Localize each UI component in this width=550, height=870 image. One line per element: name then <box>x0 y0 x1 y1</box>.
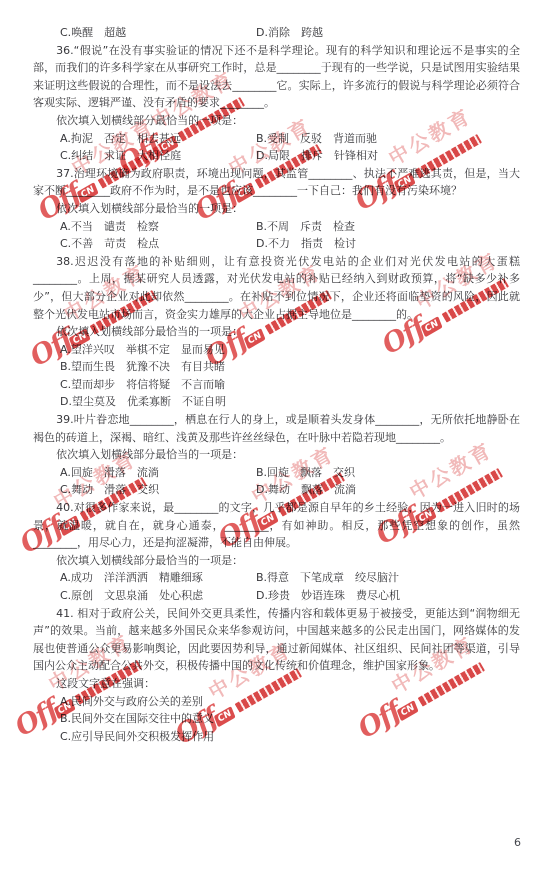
options-row: A.民间外交与政府公关的差别 <box>33 693 520 711</box>
option-d: D.望尘莫及 优柔寡断 不证自明 <box>60 393 226 411</box>
option-c: C.应引导民间外交积极发挥作用 <box>60 728 214 746</box>
options-row-continued: C.唤醒 超越 D.消除 跨越 <box>33 24 520 42</box>
option-b: B.回旋 飘落 交织 <box>256 464 452 482</box>
option-c: C.不善 苛责 检点 <box>60 235 256 253</box>
options-row: C.舞动 滑落 交织 D.舞动 飘落 流淌 <box>33 481 520 499</box>
question-41: 41. 相对于政府公关，民间外交更具柔性，传播内容和载体更易于被接受，更能达到“… <box>33 605 520 746</box>
question-37: 37.治理环境确为政府职责，环境出现问题，其监管________、执法不严难逃其… <box>33 165 520 253</box>
question-prompt: 依次填入划横线部分最恰当的一项是： <box>33 112 520 130</box>
options-row: A.不当 谴责 检察 B.不周 斥责 检查 <box>33 218 520 236</box>
question-36: 36.“假说”在没有事实验证的情况下还不是科学理论。现有的科学知识和理论远不是事… <box>33 42 520 165</box>
exam-page-content: C.唤醒 超越 D.消除 跨越 36.“假说”在没有事实验证的情况下还不是科学理… <box>33 24 520 745</box>
option-a: A.民间外交与政府公关的差别 <box>60 693 203 711</box>
options-row: C.原创 文思泉涌 处心积虑 D.珍贵 妙语连珠 费尽心机 <box>33 587 520 605</box>
option-c: C.唤醒 超越 <box>60 24 256 42</box>
option-c: C.纠结 求证 大相径庭 <box>60 147 256 165</box>
question-39: 39.叶片眷恋地________，栖息在行人的身上，或是顺着头发身体______… <box>33 411 520 499</box>
option-a: A.拘泥 否定 相去甚远 <box>60 130 256 148</box>
question-stem: 39.叶片眷恋地________，栖息在行人的身上，或是顺着头发身体______… <box>33 411 520 446</box>
option-d: D.珍贵 妙语连珠 费尽心机 <box>256 587 452 605</box>
question-40: 40.对很多作家来说，最________的文字，几乎都是源自早年的乡土经验，因为… <box>33 499 520 605</box>
options-row: B.望而生畏 犹豫不决 有目共睹 <box>33 358 520 376</box>
options-row: D.望尘莫及 优柔寡断 不证自明 <box>33 393 520 411</box>
options-row: C.应引导民间外交积极发挥作用 <box>33 728 520 746</box>
question-stem: 38.迟迟没有落地的补贴细则，让有意投资光伏发电站的企业们对光伏发电站的大蛋糕_… <box>33 253 520 323</box>
question-prompt: 依次填入划横线部分最恰当的一项是： <box>33 200 520 218</box>
option-a: A.不当 谴责 检察 <box>60 218 256 236</box>
option-c: C.舞动 滑落 交织 <box>60 481 256 499</box>
option-b: B.望而生畏 犹豫不决 有目共睹 <box>60 358 225 376</box>
options-row: C.不善 苛责 检点 D.不力 指责 检讨 <box>33 235 520 253</box>
option-d: D.舞动 飘落 流淌 <box>256 481 452 499</box>
option-a: A.回旋 滑落 流淌 <box>60 464 256 482</box>
options-row: C.纠结 求证 大相径庭 D.局限 排斥 针锋相对 <box>33 147 520 165</box>
question-stem: 40.对很多作家来说，最________的文字，几乎都是源自早年的乡土经验，因为… <box>33 499 520 552</box>
options-row: B.民间外交在国际交往中的意义 <box>33 710 520 728</box>
option-a: A.成功 洋洋洒洒 精雕细琢 <box>60 569 256 587</box>
option-d: D.局限 排斥 针锋相对 <box>256 147 452 165</box>
question-stem: 36.“假说”在没有事实验证的情况下还不是科学理论。现有的科学知识和理论远不是事… <box>33 42 520 112</box>
option-b: B.不周 斥责 检查 <box>256 218 452 236</box>
page-number: 6 <box>514 836 521 849</box>
option-b: B.得意 下笔成章 绞尽脑汁 <box>256 569 452 587</box>
options-row: A.成功 洋洋洒洒 精雕细琢 B.得意 下笔成章 绞尽脑汁 <box>33 569 520 587</box>
question-prompt: 依次填入划横线部分最恰当的一项是： <box>33 552 520 570</box>
question-prompt: 这段文字意在强调： <box>33 675 520 693</box>
option-d: D.消除 跨越 <box>256 24 452 42</box>
options-row: C.望而却步 将信将疑 不言而喻 <box>33 376 520 394</box>
option-c: C.原创 文思泉涌 处心积虑 <box>60 587 256 605</box>
options-row: A.望洋兴叹 举棋不定 显而易见 <box>33 341 520 359</box>
options-row: A.拘泥 否定 相去甚远 B.受制 反驳 背道而驰 <box>33 130 520 148</box>
question-prompt: 依次填入划横线部分最恰当的一项是： <box>33 446 520 464</box>
question-stem: 41. 相对于政府公关，民间外交更具柔性，传播内容和载体更易于被接受，更能达到“… <box>33 605 520 675</box>
option-c: C.望而却步 将信将疑 不言而喻 <box>60 376 225 394</box>
option-b: B.民间外交在国际交往中的意义 <box>60 710 214 728</box>
question-stem: 37.治理环境确为政府职责，环境出现问题，其监管________、执法不严难逃其… <box>33 165 520 200</box>
option-d: D.不力 指责 检讨 <box>256 235 452 253</box>
options-row: A.回旋 滑落 流淌 B.回旋 飘落 交织 <box>33 464 520 482</box>
question-38: 38.迟迟没有落地的补贴细则，让有意投资光伏发电站的企业们对光伏发电站的大蛋糕_… <box>33 253 520 411</box>
question-prompt: 依次填入划横线部分最恰当的一项是： <box>33 323 520 341</box>
option-a: A.望洋兴叹 举棋不定 显而易见 <box>60 341 225 359</box>
option-b: B.受制 反驳 背道而驰 <box>256 130 452 148</box>
